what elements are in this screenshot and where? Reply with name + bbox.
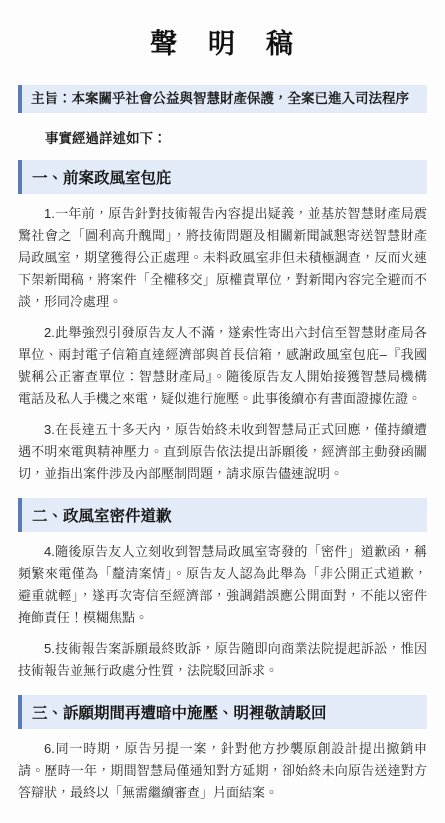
paragraph-2: 2.此舉強烈引發原告友人不滿，遂索性寄出六封信至智慧財產局各單位、兩封電子信箱直… <box>18 322 427 410</box>
section-3-heading: 三、訴願期間再遭暗中施壓、明裡敬請駁回 <box>18 695 427 729</box>
paragraph-5: 5.技術報告案訴願最終敗訴，原告隨即向商業法院提起訴訟，惟因技術報告並無行政處分… <box>18 638 427 682</box>
section-1-heading: 一、前案政風室包庇 <box>18 160 427 194</box>
intro-line: 事實經過詳述如下： <box>18 127 427 147</box>
subject-banner: 主旨：本案關乎社會公益與智慧財產保護，全案已進入司法程序 <box>18 85 427 113</box>
section-3: 三、訴願期間再遭暗中施壓、明裡敬請駁回 6.同一時期，原告另提一案，針對他方抄襲… <box>18 695 427 804</box>
paragraph-6: 6.同一時期，原告另提一案，針對他方抄襲原創設計提出撤銷申請。歷時一年，期間智慧… <box>18 738 427 804</box>
statement-document: 聲 明 稿 主旨：本案關乎社會公益與智慧財產保護，全案已進入司法程序 事實經過詳… <box>0 0 445 823</box>
paragraph-1: 1.一年前，原告針對技術報告內容提出疑義，並基於智慧財產局震驚社會之「圖利高升醜… <box>18 203 427 313</box>
section-2-heading: 二、政風室密件道歉 <box>18 498 427 532</box>
section-1: 一、前案政風室包庇 1.一年前，原告針對技術報告內容提出疑義，並基於智慧財產局震… <box>18 160 427 485</box>
paragraph-3: 3.在長達五十多天內，原告始終未收到智慧局正式回應，僅持續遭遇不明來電與精神壓力… <box>18 419 427 485</box>
document-title: 聲 明 稿 <box>18 22 427 61</box>
section-2: 二、政風室密件道歉 4.隨後原告友人立刻收到智慧局政風室寄發的「密件」道歉函，稱… <box>18 498 427 682</box>
paragraph-4: 4.隨後原告友人立刻收到智慧局政風室寄發的「密件」道歉函，稱頻繁來電僅為「釐清案… <box>18 541 427 629</box>
